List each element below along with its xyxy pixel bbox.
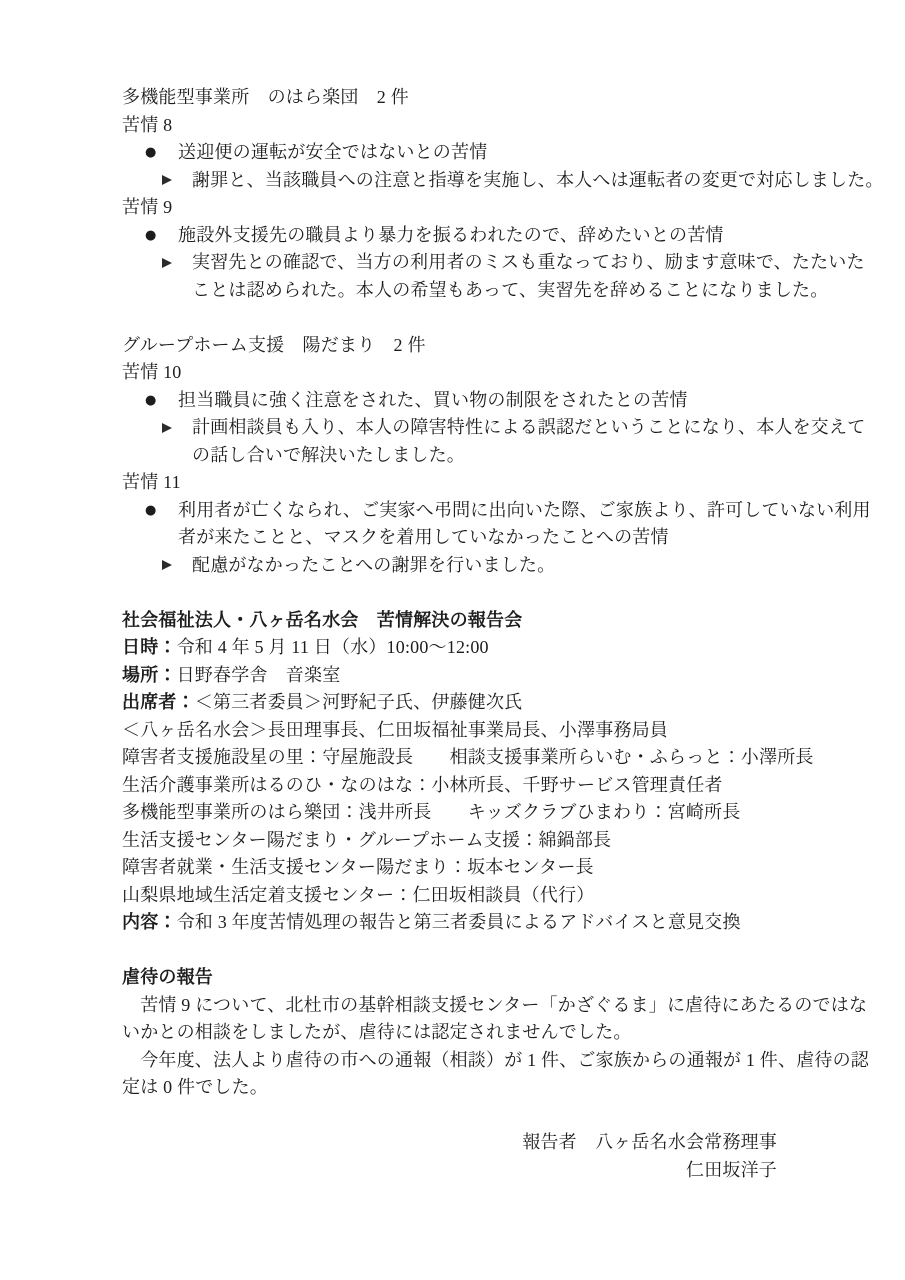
text-line: 苦情 9 について、北杜市の基幹相談支援センター「かざぐるま」に虐待にあたるので…	[122, 992, 793, 1020]
line-text: 者が来たことと、マスクを着用していなかったことへの苦情	[178, 527, 669, 547]
text-line: 苦情 10	[122, 359, 793, 387]
line-text: 苦情 8	[122, 115, 172, 135]
field-value: 日野春学舎 音楽室	[177, 665, 341, 685]
bullet-line-continuation: 者が来たことと、マスクを着用していなかったことへの苦情	[122, 524, 793, 552]
line-text: 謝罪と、当該職員への注意と指導を実施し、本人へは運転者の変更で対応しました。	[192, 170, 884, 190]
bullet-icon: ●	[145, 497, 157, 525]
bullet-icon: ●	[145, 222, 157, 250]
signature-line: 報告者 八ヶ岳名水会常務理事	[122, 1129, 793, 1157]
text-line: グループホーム支援 陽だまり 2 件	[122, 332, 793, 360]
arrow-bullet-icon	[162, 175, 172, 185]
labeled-line: 内容：令和 3 年度苦情処理の報告と第三者委員によるアドバイスと意見交換	[122, 909, 793, 937]
field-value: 令和 4 年 5 月 11 日（水）10:00～12:00	[177, 637, 489, 657]
line-text: 生活支援センター陽だまり・グループホーム支援：綿鍋部長	[122, 830, 611, 850]
line-text: 配慮がなかったことへの謝罪を行いました。	[192, 555, 555, 575]
sub-bullet-line-continuation: の話し合いで解決いたしました。	[122, 442, 793, 470]
bullet-line: ●担当職員に強く注意をされた、買い物の制限をされたとの苦情	[122, 387, 793, 415]
line-text: 虐待の報告	[122, 967, 213, 987]
bullet-icon: ●	[145, 139, 157, 167]
line-text: いかとの相談をしましたが、虐待には認定されませんでした。	[122, 1022, 632, 1042]
line-text: 生活介護事業所はるのひ・なのはな：小林所長、千野サービス管理責任者	[122, 775, 723, 795]
arrow-bullet-icon	[162, 423, 172, 433]
labeled-line: 日時：令和 4 年 5 月 11 日（水）10:00～12:00	[122, 634, 793, 662]
labeled-line: 出席者：＜第三者委員＞河野紀子氏、伊藤健次氏	[122, 689, 793, 717]
labeled-line: 場所：日野春学舎 音楽室	[122, 662, 793, 690]
line-text: 利用者が亡くなられ、ご実家へ弔問に出向いた際、ご家族より、許可していない利用	[178, 500, 871, 520]
line-text: 計画相談員も入り、本人の障害特性による誤認だということになり、本人を交えて	[192, 417, 865, 437]
section-heading: 虐待の報告	[122, 964, 793, 992]
line-text: 仁田坂洋子	[686, 1160, 777, 1180]
signature-line: 仁田坂洋子	[122, 1157, 793, 1185]
text-line: ＜八ヶ岳名水会＞長田理事長、仁田坂福祉事業局長、小澤事務局員	[122, 717, 793, 745]
line-text: 山梨県地域生活定着支援センター：仁田坂相談員（代行）	[122, 885, 594, 905]
sub-bullet-line: 計画相談員も入り、本人の障害特性による誤認だということになり、本人を交えて	[122, 414, 793, 442]
field-label: 出席者：	[122, 692, 195, 712]
bullet-icon: ●	[145, 387, 157, 415]
line-text: 苦情 9 について、北杜市の基幹相談支援センター「かざぐるま」に虐待にあたるので…	[122, 995, 867, 1015]
text-line: 苦情 11	[122, 469, 793, 497]
field-value: 令和 3 年度苦情処理の報告と第三者委員によるアドバイスと意見交換	[177, 912, 741, 932]
blank-line	[122, 579, 793, 607]
text-line: 生活介護事業所はるのひ・なのはな：小林所長、千野サービス管理責任者	[122, 772, 793, 800]
line-text: の話し合いで解決いたしました。	[192, 445, 465, 465]
text-line: 今年度、法人より虐待の市への通報（相談）が 1 件、ご家族からの通報が 1 件、…	[122, 1047, 793, 1075]
line-text: 実習先との確認で、当方の利用者のミスも重なっており、励ます意味で、たたいた	[192, 252, 865, 272]
sub-bullet-line: 謝罪と、当該職員への注意と指導を実施し、本人へは運転者の変更で対応しました。	[122, 167, 793, 195]
line-text: 苦情 10	[122, 362, 182, 382]
line-text: ＜八ヶ岳名水会＞長田理事長、仁田坂福祉事業局長、小澤事務局員	[122, 720, 668, 740]
field-value: ＜第三者委員＞河野紀子氏、伊藤健次氏	[195, 692, 523, 712]
line-text: グループホーム支援 陽だまり 2 件	[122, 335, 426, 355]
line-text: 多機能型事業所 のはら楽団 2 件	[122, 87, 409, 107]
document-page: 多機能型事業所 のはら楽団 2 件苦情 8●送迎便の運転が安全ではないとの苦情謝…	[0, 0, 905, 1280]
text-line: 苦情 8	[122, 112, 793, 140]
line-text: 苦情 11	[122, 472, 181, 492]
line-text: 苦情 9	[122, 197, 172, 217]
text-line: 障害者就業・生活支援センター陽だまり：坂本センター長	[122, 854, 793, 882]
text-line: 生活支援センター陽だまり・グループホーム支援：綿鍋部長	[122, 827, 793, 855]
line-text: 定は 0 件でした。	[122, 1077, 268, 1097]
line-text: 障害者支援施設星の里：守屋施設長 相談支援事業所らいむ・ふらっと：小澤所長	[122, 747, 814, 767]
text-line: 障害者支援施設星の里：守屋施設長 相談支援事業所らいむ・ふらっと：小澤所長	[122, 744, 793, 772]
line-text: 担当職員に強く注意をされた、買い物の制限をされたとの苦情	[178, 390, 688, 410]
field-label: 日時：	[122, 637, 177, 657]
sub-bullet-line: 配慮がなかったことへの謝罪を行いました。	[122, 552, 793, 580]
arrow-bullet-icon	[162, 258, 172, 268]
text-line: 山梨県地域生活定着支援センター：仁田坂相談員（代行）	[122, 882, 793, 910]
sub-bullet-line: 実習先との確認で、当方の利用者のミスも重なっており、励ます意味で、たたいた	[122, 249, 793, 277]
line-text: 障害者就業・生活支援センター陽だまり：坂本センター長	[122, 857, 594, 877]
field-label: 内容：	[122, 912, 177, 932]
section-heading: 社会福祉法人・八ヶ岳名水会 苦情解決の報告会	[122, 607, 793, 635]
blank-line	[122, 304, 793, 332]
text-line: 多機能型事業所 のはら楽団 2 件	[122, 84, 793, 112]
bullet-line: ●送迎便の運転が安全ではないとの苦情	[122, 139, 793, 167]
arrow-bullet-icon	[162, 560, 172, 570]
line-text: ことは認められた。本人の希望もあって、実習先を辞めることになりました。	[192, 280, 828, 300]
text-line: 苦情 9	[122, 194, 793, 222]
sub-bullet-line-continuation: ことは認められた。本人の希望もあって、実習先を辞めることになりました。	[122, 277, 793, 305]
bullet-line: ●施設外支援先の職員より暴力を振るわれたので、辞めたいとの苦情	[122, 222, 793, 250]
field-label: 場所：	[122, 665, 177, 685]
line-text: 今年度、法人より虐待の市への通報（相談）が 1 件、ご家族からの通報が 1 件、…	[122, 1050, 869, 1070]
line-text: 報告者 八ヶ岳名水会常務理事	[522, 1132, 777, 1152]
text-line: いかとの相談をしましたが、虐待には認定されませんでした。	[122, 1019, 793, 1047]
line-text: 送迎便の運転が安全ではないとの苦情	[178, 142, 487, 162]
bullet-line: ●利用者が亡くなられ、ご実家へ弔問に出向いた際、ご家族より、許可していない利用	[122, 497, 793, 525]
line-text: 社会福祉法人・八ヶ岳名水会 苦情解決の報告会	[122, 610, 522, 630]
blank-line	[122, 1102, 793, 1130]
text-line: 多機能型事業所のはら樂団：浅井所長 キッズクラブひまわり：宮崎所長	[122, 799, 793, 827]
blank-line	[122, 937, 793, 965]
document-content: 多機能型事業所 のはら楽団 2 件苦情 8●送迎便の運転が安全ではないとの苦情謝…	[122, 84, 793, 1184]
line-text: 多機能型事業所のはら樂団：浅井所長 キッズクラブひまわり：宮崎所長	[122, 802, 740, 822]
line-text: 施設外支援先の職員より暴力を振るわれたので、辞めたいとの苦情	[178, 225, 724, 245]
text-line: 定は 0 件でした。	[122, 1074, 793, 1102]
